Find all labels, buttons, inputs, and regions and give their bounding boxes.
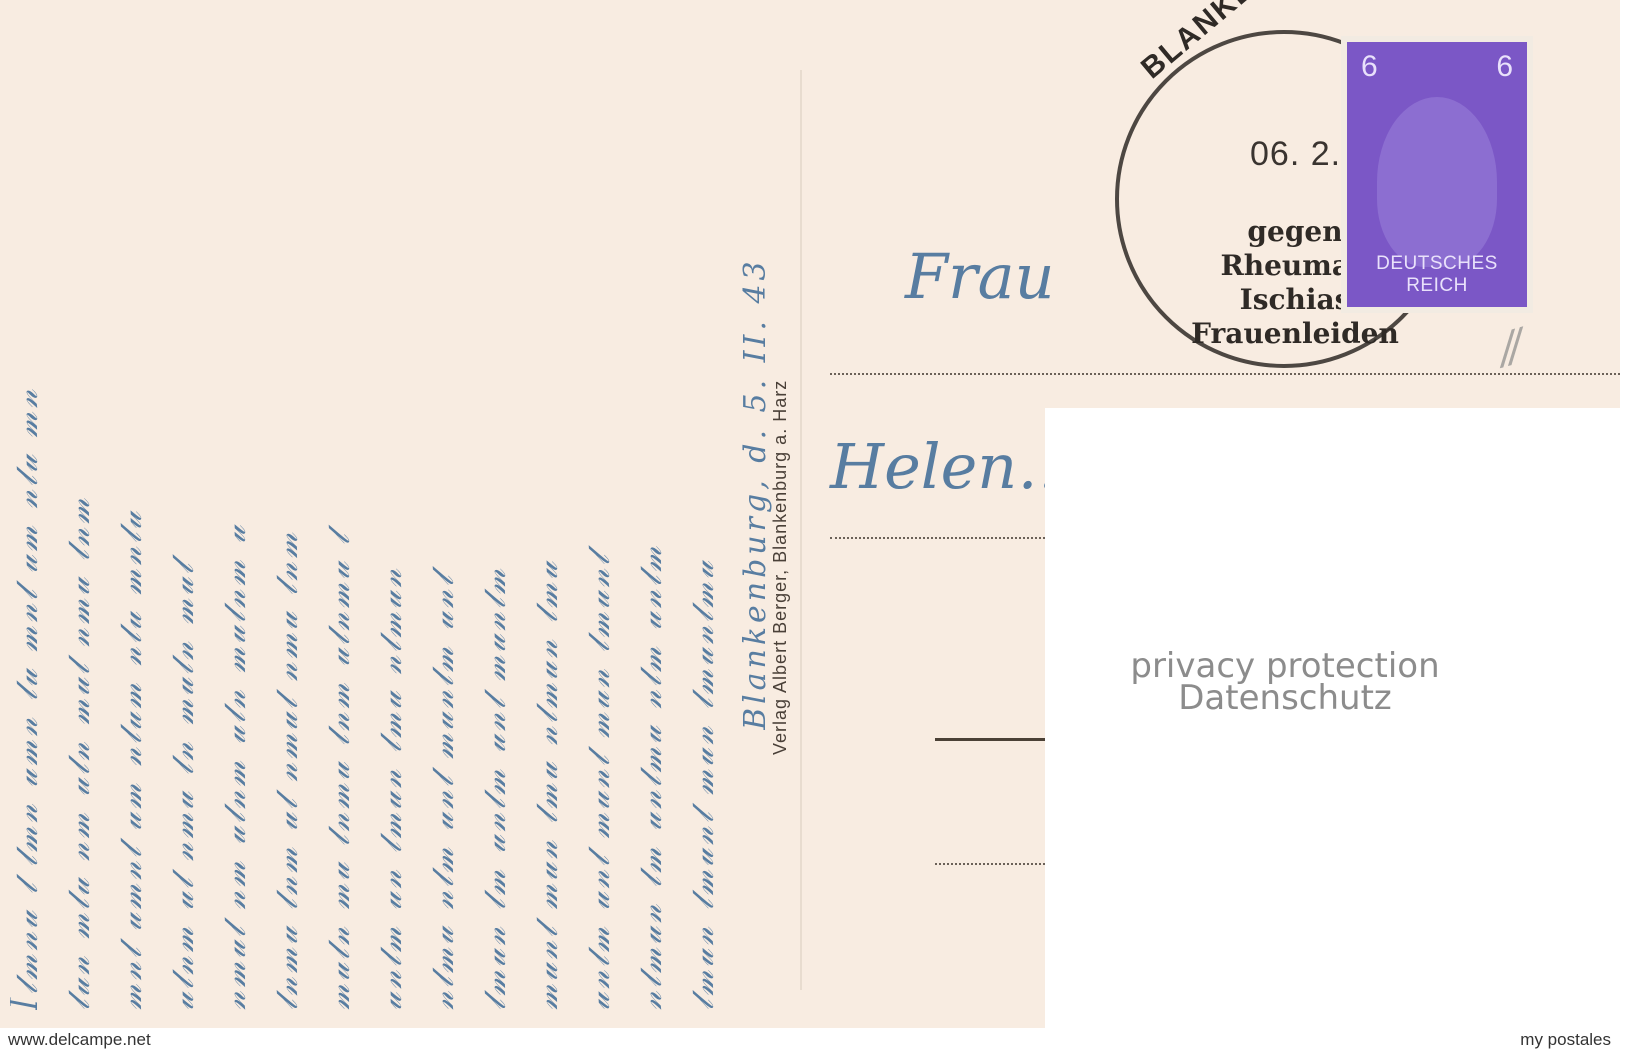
address-rule-3	[935, 738, 1045, 741]
footer-brand: my postales	[1520, 1030, 1611, 1050]
address-rule-2	[830, 537, 1045, 539]
stamp-value-right: 6	[1496, 50, 1513, 84]
postage-stamp: 6 6 DEUTSCHES REICH	[1347, 42, 1527, 307]
publisher-imprint: Verlag Albert Berger, Blankenburg a. Har…	[770, 380, 791, 755]
address-rule-1	[830, 373, 1620, 375]
stamp-country: DEUTSCHES REICH	[1347, 253, 1527, 297]
address-line-2: Helen…	[830, 430, 1079, 503]
address-rule-4	[935, 863, 1045, 865]
stamp-portrait-area	[1377, 97, 1497, 267]
stamp-value-left: 6	[1361, 50, 1378, 84]
center-divider	[800, 70, 802, 990]
privacy-mask	[1045, 408, 1625, 1028]
footer-source-link[interactable]: www.delcampe.net	[8, 1030, 151, 1050]
address-line-1: Frau	[905, 240, 1055, 313]
handwritten-message: ꟾ𝓁𝓂𝓃𝓊 𝓁 𝓁𝓂𝓃 𝓊𝓂𝓃 𝓁𝓊 𝓂𝓃𝓁 𝓊𝓂 𝓃𝓁𝓊 𝓂𝓃 𝓁𝓊𝓃 𝓂𝓁𝓊…	[10, 30, 790, 1020]
privacy-notice: privacy protection Datenschutz	[1120, 650, 1450, 714]
